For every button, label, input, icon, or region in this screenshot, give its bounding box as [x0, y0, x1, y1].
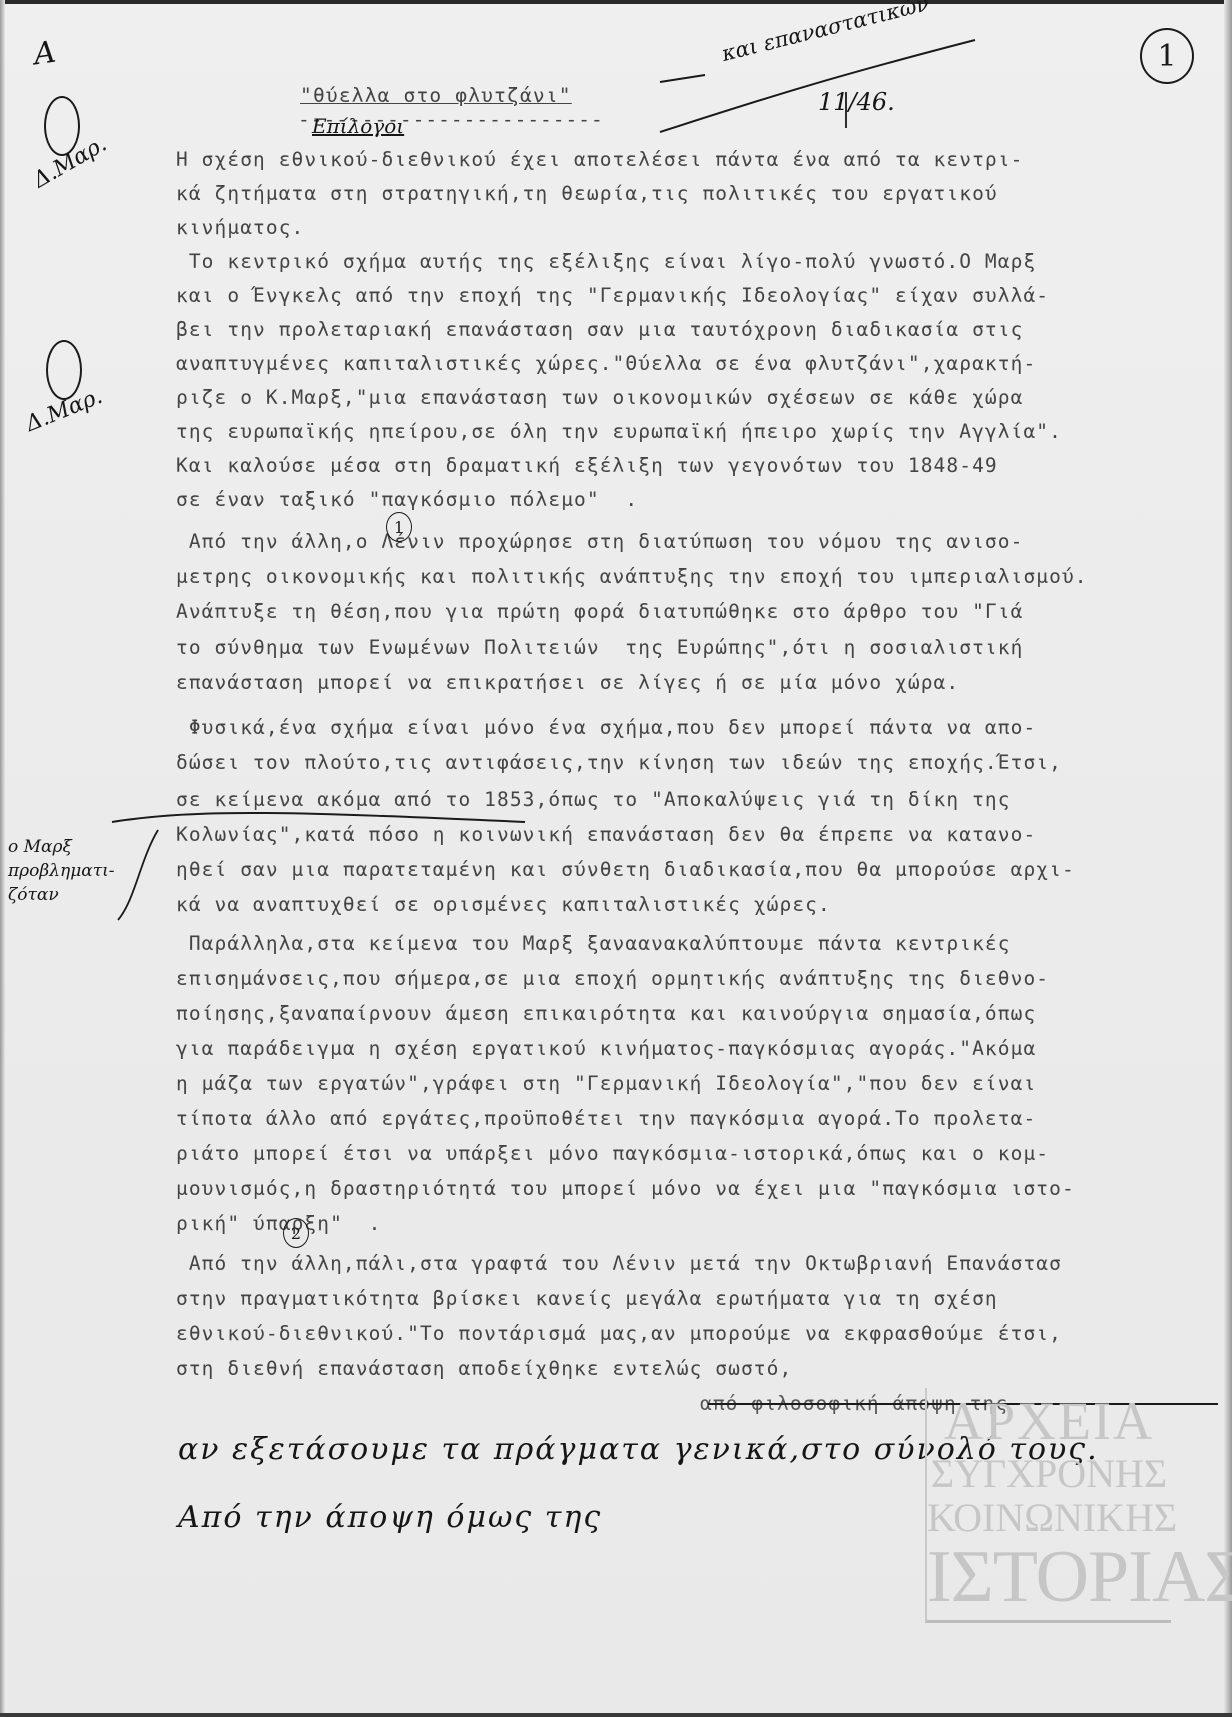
document-page: Α 1 και επαναστατικών 11/46. "θύελλα στο…	[0, 0, 1232, 1717]
handwriting-strokes	[0, 0, 1232, 1717]
